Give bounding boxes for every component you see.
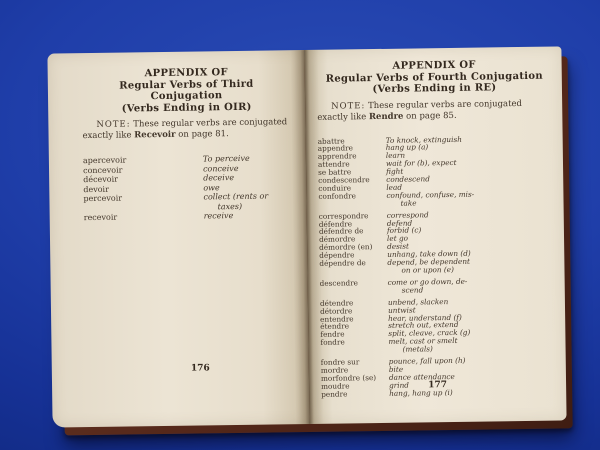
page-number: 176 [52,362,329,376]
note-label: NOTE: [331,101,365,111]
verb-meaning: come or go down, de- scend [388,277,524,295]
verb-meaning: confound, confuse, mis- take [386,190,522,208]
verb-row: descendre come or go down, de- scend [320,276,555,295]
verb-meaning: melt, cast or smelt (metals) [388,336,524,354]
right-page-heading: APPENDIX OF Regular Verbs of Fourth Conj… [317,59,552,97]
verb-french: recevoir [84,211,204,222]
left-verb-list: apercevoir To perceive concevoir conceiv… [83,153,293,222]
right-page: APPENDIX OF Regular Verbs of Fourth Conj… [304,46,566,424]
verb-row: recevoir receive [84,210,293,222]
right-verb-list: abattre To knock, extinguish appendre ha… [318,134,557,398]
note-model-verb: Rendre [369,111,404,121]
note-model-verb: Recevoir [134,130,176,141]
note-text-after: on page 85. [403,110,456,121]
verb-french: confondre [318,192,386,201]
verb-french: dépendre de [319,259,387,268]
verb-row: confondre confound, confuse, mis- take [318,189,553,208]
open-book: APPENDIX OF Regular Verbs of Third Conju… [47,46,566,427]
verb-meaning: collect (rents or taxes) [203,191,292,211]
verb-french: percevoir [83,192,203,203]
verb-meaning: conceive [203,163,239,173]
verb-french: fondre [320,338,388,347]
verb-meaning: deceive [203,173,234,183]
note-text-after: on page 81. [175,129,228,140]
photo-background: APPENDIX OF Regular Verbs of Third Conju… [0,0,600,450]
verb-row: percevoir collect (rents or taxes) [83,191,292,213]
note-label: NOTE: [96,119,130,129]
left-page: APPENDIX OF Regular Verbs of Third Conju… [47,50,309,428]
heading-conjugation: Regular Verbs of Third Conjugation [82,78,291,104]
verb-row: fondre melt, cast or smelt (metals) [320,336,555,355]
verb-meaning: owe [203,183,220,193]
verb-meaning: To perceive [203,154,252,164]
verb-row: dépendre de depend, be dependent on or u… [319,257,554,276]
right-page-note: NOTE: These regular verbs are conjugated… [317,98,552,123]
verb-meaning: depend, be dependent on or upon (e) [387,257,523,275]
heading-ending: (Verbs Ending in OIR) [82,101,291,115]
verb-french: descendre [320,279,388,288]
left-page-note: NOTE: These regular verbs are conjugated… [82,117,291,142]
book-pages: APPENDIX OF Regular Verbs of Third Conju… [47,46,566,427]
left-page-heading: APPENDIX OF Regular Verbs of Third Conju… [82,66,292,115]
verb-meaning: receive [204,211,234,221]
